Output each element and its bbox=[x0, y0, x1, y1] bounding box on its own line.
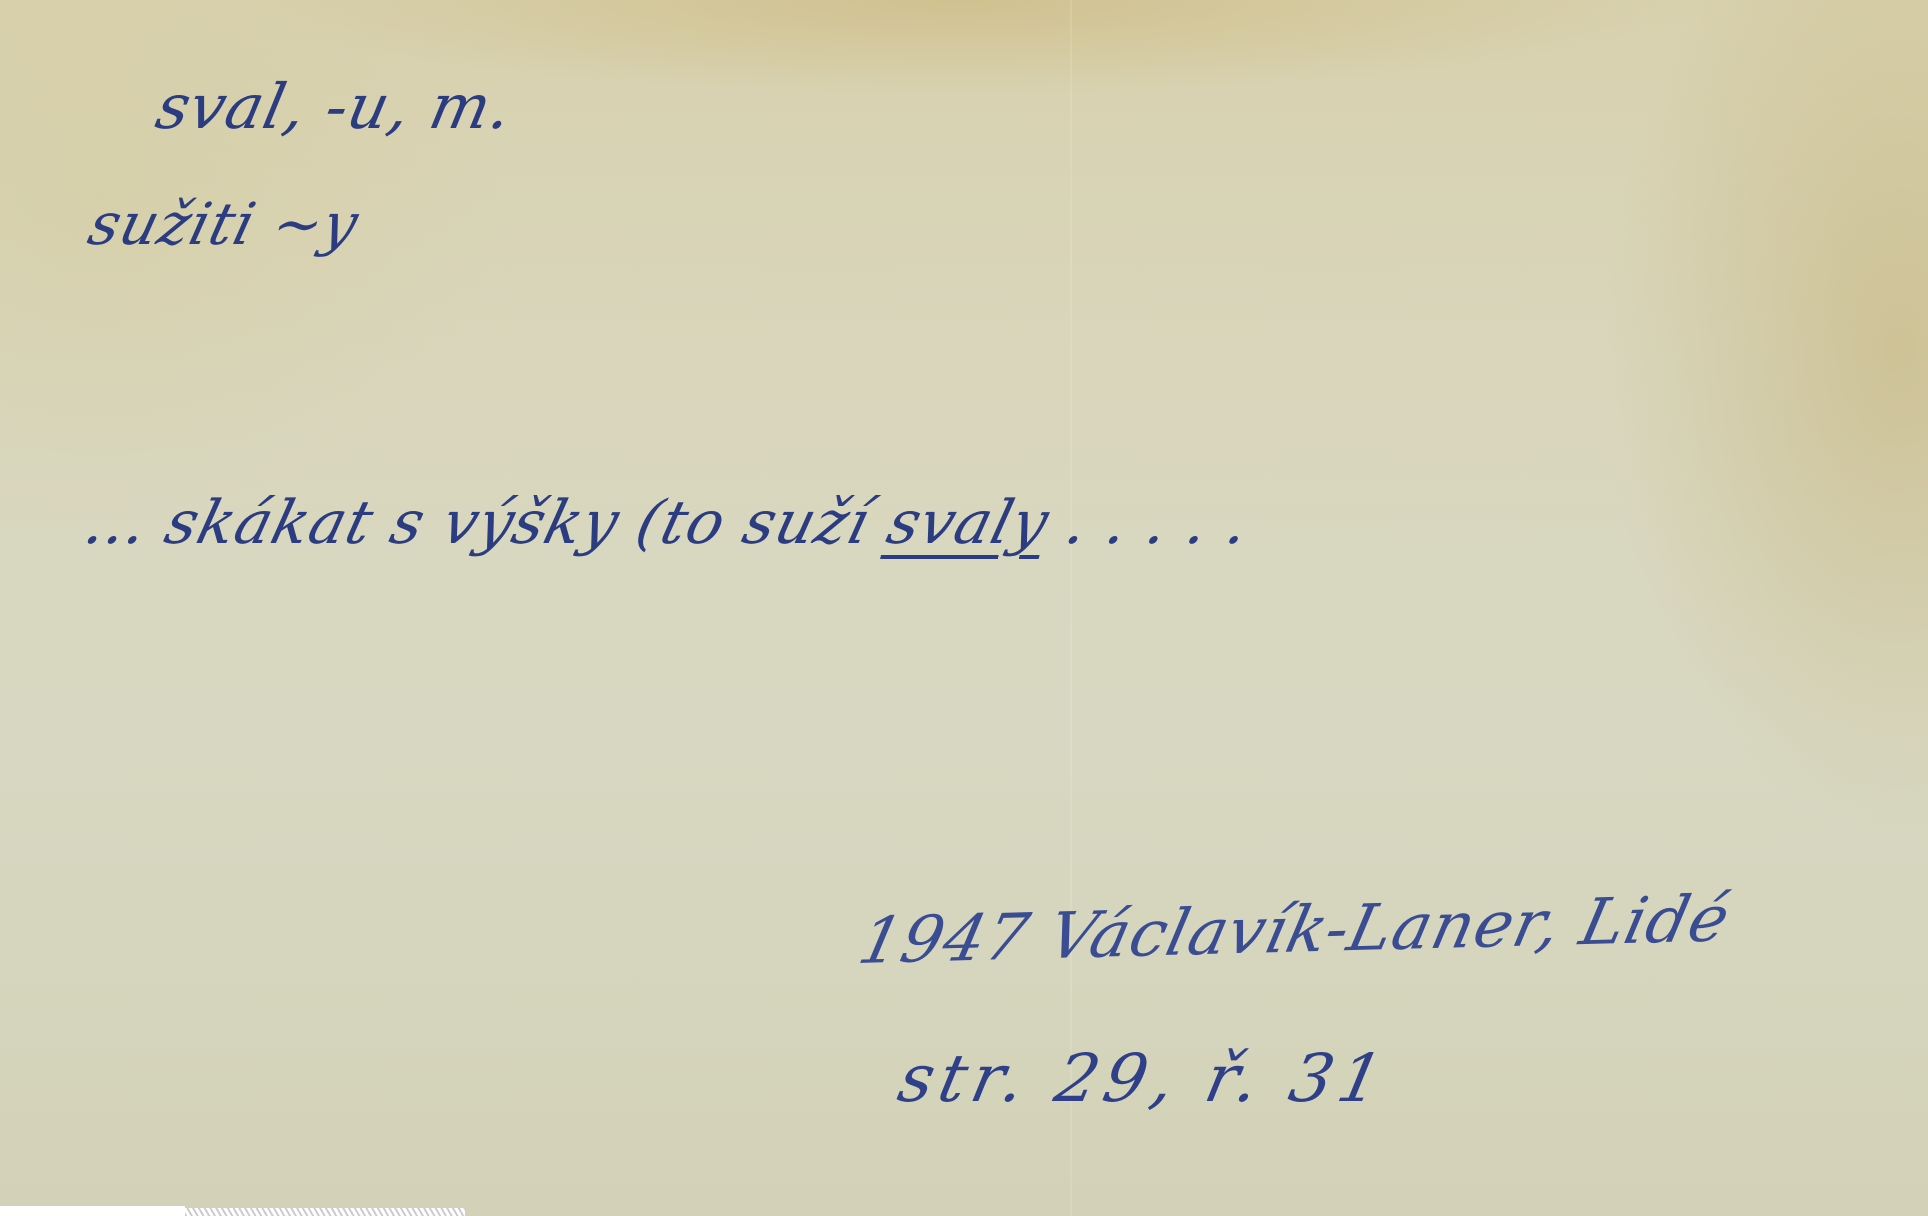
citation-quote: ... skákat s výšky (to suží svaly . . . … bbox=[78, 488, 1257, 558]
headword: sval, -u, m. bbox=[150, 70, 519, 143]
scan-edge-hatch bbox=[185, 1208, 465, 1216]
source-citation: 1947 Václavík-Laner, Lidé bbox=[852, 882, 1737, 979]
page-reference: str. 29, ř. 31 bbox=[892, 1040, 1395, 1117]
quote-underlined-word: svaly bbox=[880, 488, 1056, 558]
index-card: sval, -u, m. sužiti ~y ... skákat s výšk… bbox=[0, 0, 1928, 1216]
quote-prefix: ... skákat s výšky (to suží bbox=[78, 488, 898, 558]
scan-edge bbox=[0, 1206, 185, 1216]
quote-suffix: . . . . . bbox=[1039, 488, 1257, 558]
paper-fold bbox=[1070, 0, 1072, 1216]
subentry-phrase: sužiti ~y bbox=[82, 190, 366, 258]
